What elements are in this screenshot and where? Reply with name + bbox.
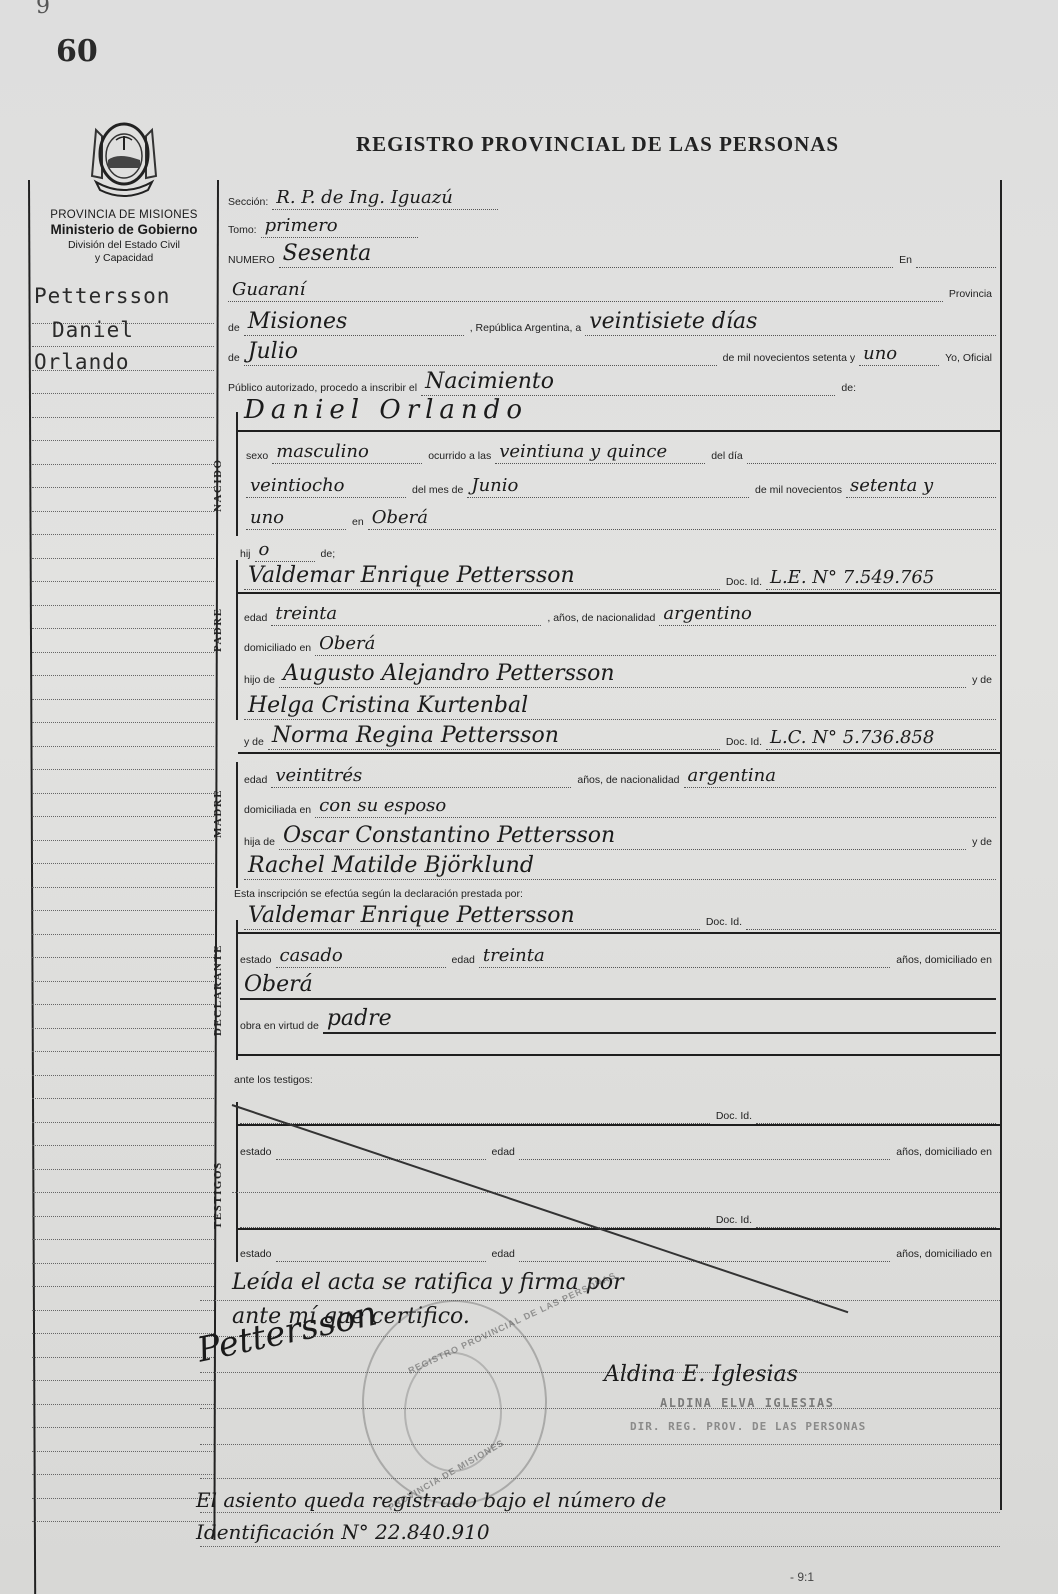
year-field[interactable]: uno [859,342,939,366]
tomo-field[interactable]: primero [261,214,418,238]
divider [238,752,1000,754]
mes-field[interactable]: Junio [467,474,749,498]
nacido-label: NACIDO [212,440,240,530]
margin-middle-name: Orlando [34,350,214,374]
hijo-field[interactable]: o [255,538,315,562]
testigo1-doc-field[interactable] [756,1100,996,1124]
folio-number: 60 [56,34,98,69]
testigos-intro-row: ante los testigos: [234,1064,996,1088]
child-name-row: Daniel Orlando [240,402,996,426]
padre-edad-row: edad treinta , años, de nacionalidad arg… [244,602,996,626]
madre-nacionalidad-field[interactable]: argentina [684,764,996,788]
madre-parents-row: hija de Oscar Constantino Pettersson y d… [244,826,996,850]
month-field[interactable]: Julio [244,342,717,366]
footer-mark: - 9:1 [790,1570,814,1584]
padre-father-field[interactable]: Augusto Alejandro Pettersson [279,664,966,688]
hour-field[interactable]: veintiuna y quince [495,440,705,464]
officer-signature: Aldina E. Iglesias [604,1362,798,1387]
declarante-obra-row: obra en virtud de padre [240,1010,996,1034]
org-division-2: y Capacidad [32,252,216,265]
declarante-estado-row: estado casado edad treinta años, domicil… [240,944,996,968]
lugar-row: Guaraní Provincia [228,278,996,302]
declaracion-row: Esta inscripción se efectúa según la dec… [234,878,996,902]
testigo1-estado-row: estado edad años, domiciliado en [240,1136,996,1160]
madre-name-field[interactable]: Norma Regina Pettersson [268,726,720,750]
testigo2-name-field[interactable] [240,1204,710,1228]
testigo1-domicilio-line[interactable] [232,1192,1000,1193]
month-row: de Julio de mil novecientos setenta y un… [228,342,996,366]
divider [238,1054,1000,1056]
numero-field[interactable]: Sesenta [279,244,893,268]
birthplace-field[interactable]: Oberá [368,506,996,530]
divider [238,1228,1000,1230]
padre-parents-row: hijo de Augusto Alejandro Pettersson y d… [244,664,996,688]
divider [238,430,1000,432]
day-field[interactable]: veintisiete días [585,312,996,336]
act-row: Público autorizado, procedo a inscribir … [228,372,996,396]
birthplace-row: uno en Oberá [246,506,996,530]
anio-field[interactable]: setenta y [846,474,996,498]
madre-label: MADRE [212,770,240,856]
testigo1-name-row: Doc. Id. [240,1100,996,1124]
divider [238,592,1000,594]
child-name-field[interactable]: Daniel Orlando [240,402,996,426]
marginal-note-line-2: Identificación N° 22.840.910 [196,1520,490,1544]
margin-first-name: Daniel [34,318,214,342]
sexo-row: sexo masculino ocurrido a las veintiuna … [246,440,996,464]
document-title: REGISTRO PROVINCIAL DE LAS PERSONAS [356,132,839,157]
margin-ruled-lines [32,300,214,1522]
testigo2-name-row: Doc. Id. [240,1204,996,1228]
madre-domicilio-field[interactable]: con su esposo [315,794,996,818]
declarante-obra-field[interactable]: padre [323,1010,996,1034]
tomo-row: Tomo: primero [228,214,418,238]
madre-edad-row: edad veintitrés años, de nacionalidad ar… [244,764,996,788]
en-field[interactable] [916,244,996,268]
testigo1-edad-field[interactable] [519,1136,890,1160]
madre-edad-field[interactable]: veintitrés [271,764,571,788]
hijo-row: hij o de; [240,538,418,562]
madre-mother-field[interactable]: Rachel Matilde Björklund [244,856,996,880]
padre-label: PADRE [212,590,240,670]
padre-edad-field[interactable]: treinta [271,602,541,626]
declarante-domicilio-field[interactable]: Oberá [240,976,996,1000]
divider [238,1124,1000,1126]
officer-seal-title: DIR. REG. PROV. DE LAS PERSONAS [630,1420,866,1433]
declarante-doc-field[interactable] [746,906,996,930]
officer-seal-name: ALDINA ELVA IGLESIAS [660,1396,835,1410]
org-province: PROVINCIA DE MISIONES [32,208,216,222]
dia-extra-field[interactable] [747,440,996,464]
province-crest-icon [88,116,160,198]
org-ministry: Ministerio de Gobierno [32,222,216,239]
madre-domicilio-row: domiciliada en con su esposo [244,794,996,818]
padre-name-field[interactable]: Valdemar Enrique Pettersson [244,566,720,590]
dia-field[interactable]: veintiocho [246,474,406,498]
declarante-domicilio-row: Oberá [240,976,996,1000]
date-row: de Misiones , República Argentina, a vei… [228,312,996,336]
testigo2-estado-field[interactable] [276,1238,486,1262]
closing-line-1: Leída el acta se ratifica y firma por [232,1270,624,1295]
divider [238,932,1000,934]
testigo1-estado-field[interactable] [276,1136,486,1160]
declarante-name-field[interactable]: Valdemar Enrique Pettersson [244,906,700,930]
seccion-row: Sección: R. P. de Ing. Iguazú [228,186,498,210]
right-border [1000,180,1002,1510]
padre-domicilio-row: domiciliado en Oberá [244,632,996,656]
province-field[interactable]: Misiones [244,312,464,336]
madre-mother-row: Rachel Matilde Björklund [244,856,996,880]
madre-doc-field[interactable]: L.C. N° 5.736.858 [766,726,996,750]
testigo2-doc-field[interactable] [756,1204,996,1228]
corner-mark: 9 [36,0,50,19]
date-born-row: veintiocho del mes de Junio de mil novec… [246,474,996,498]
padre-nacionalidad-field[interactable]: argentino [659,602,996,626]
birth-certificate-page: 9 60 REGISTRO PROVINCIAL DE LAS PERSONAS… [0,0,1058,1594]
padre-name-row: Valdemar Enrique Pettersson Doc. Id. L.E… [244,566,996,590]
numero-row: NUMERO Sesenta En [228,244,996,268]
padre-domicilio-field[interactable]: Oberá [315,632,996,656]
declarante-edad-field[interactable]: treinta [479,944,890,968]
declarante-name-row: Valdemar Enrique Pettersson Doc. Id. [244,906,996,930]
testigo2-estado-row: estado edad años, domiciliado en [240,1238,996,1262]
place-field[interactable]: Guaraní [228,278,943,302]
act-type-field[interactable]: Nacimiento [421,372,835,396]
padre-doc-field[interactable]: L.E. N° 7.549.765 [766,566,996,590]
marginal-note-line-1: El asiento queda registrado bajo el núme… [196,1488,666,1512]
madre-name-row: y de Norma Regina Pettersson Doc. Id. L.… [244,726,996,750]
anio-field-2[interactable]: uno [246,506,346,530]
madre-father-field[interactable]: Oscar Constantino Pettersson [279,826,966,850]
testigo2-edad-field[interactable] [519,1238,890,1262]
testigo1-name-field[interactable] [240,1100,710,1124]
padre-mother-field[interactable]: Helga Cristina Kurtenbal [244,696,996,720]
padre-mother-row: Helga Cristina Kurtenbal [244,696,996,720]
declarante-label: DECLARANTE [212,935,240,1045]
org-division: División del Estado Civil [32,239,216,252]
margin-surname: Pettersson [34,284,214,308]
issuing-authority: PROVINCIA DE MISIONES Ministerio de Gobi… [32,208,216,266]
sexo-field[interactable]: masculino [272,440,422,464]
declarante-estado-field[interactable]: casado [276,944,446,968]
seccion-field[interactable]: R. P. de Ing. Iguazú [272,186,498,210]
testigos-label: TESTIGOS [212,1150,240,1240]
